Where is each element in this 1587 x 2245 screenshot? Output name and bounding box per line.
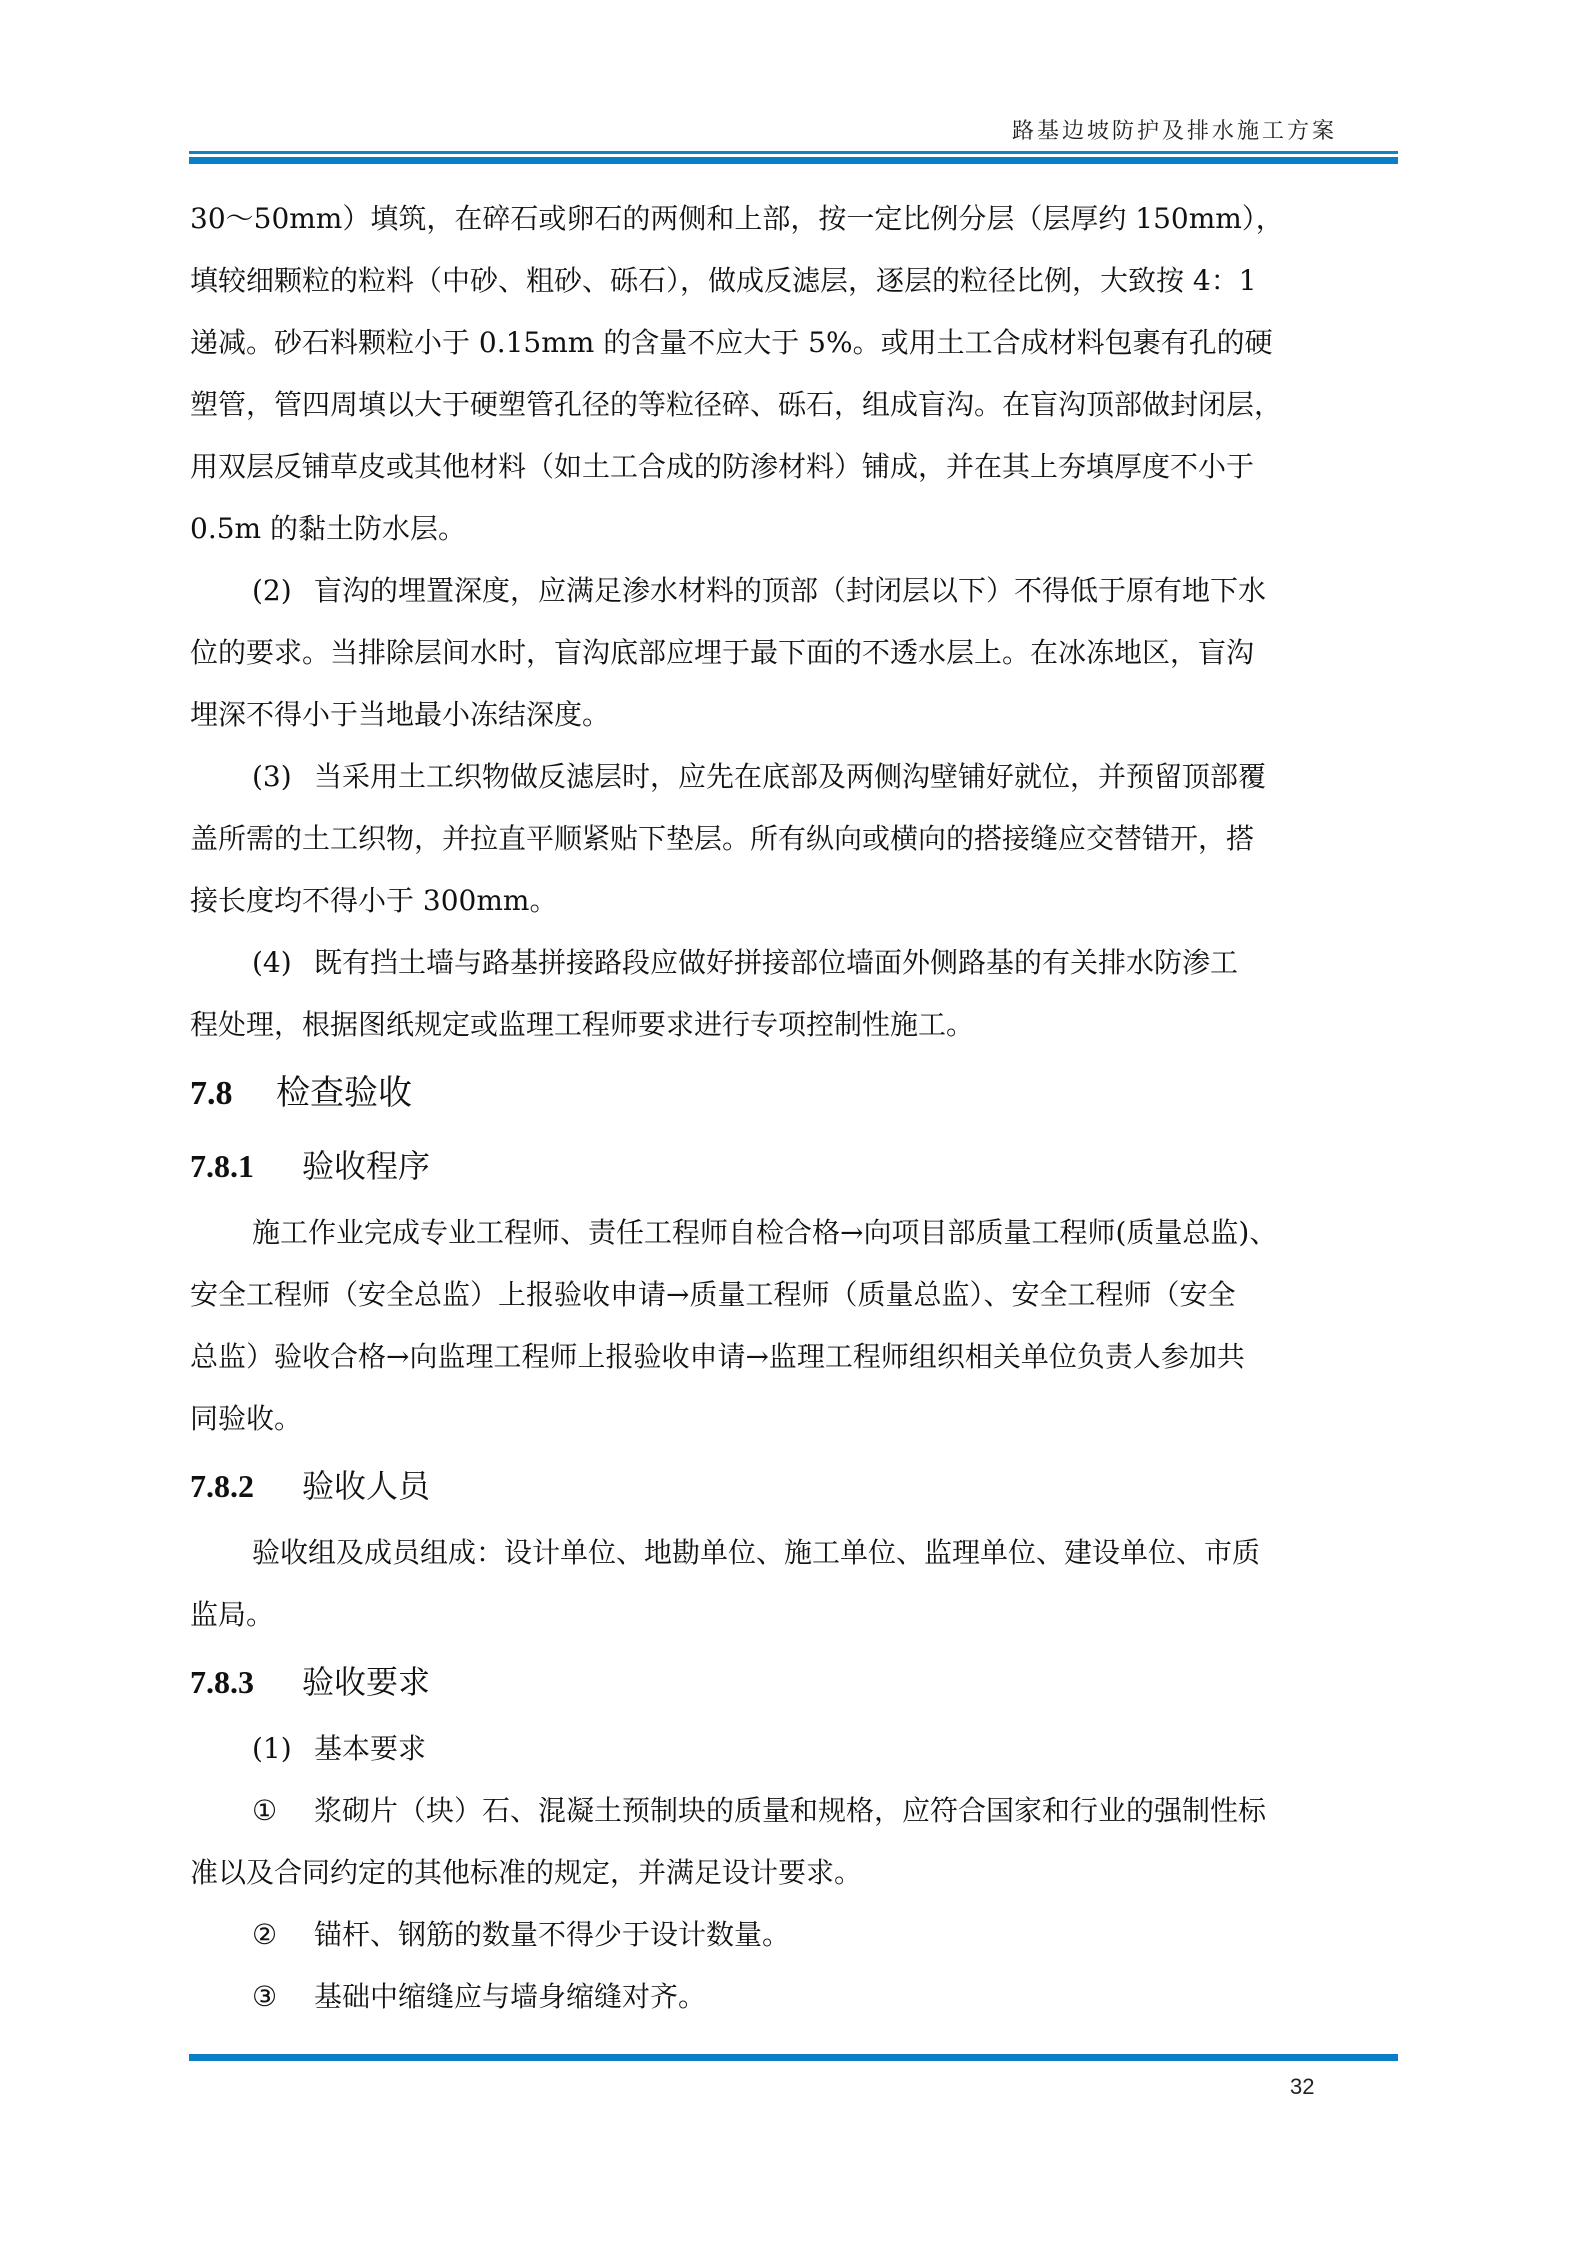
text-line: 位的要求。当排除层间水时，盲沟底部应埋于最下面的不透水层上。在冰冻地区，盲沟 (190, 622, 1398, 684)
section-title: 验收人员 (302, 1467, 430, 1505)
item-marker: (2) (252, 560, 314, 622)
text-line: 锚杆、钢筋的数量不得少于设计数量。 (314, 1918, 790, 1951)
text-line: 监局。 (190, 1584, 1398, 1646)
header-title: 路基边坡防护及排水施工方案 (1012, 114, 1337, 145)
section-number: 7.8.3 (190, 1646, 302, 1718)
text-line: 程处理，根据图纸规定或监理工程师要求进行专项控制性施工。 (190, 994, 1398, 1056)
text-line: 盲沟的埋置深度，应满足渗水材料的顶部（封闭层以下）不得低于原有地下水 (314, 574, 1266, 607)
text-line: 30～50mm）填筑，在碎石或卵石的两侧和上部，按一定比例分层（层厚约 150m… (190, 188, 1398, 250)
paragraph-blind-ditch-fill: 30～50mm）填筑，在碎石或卵石的两侧和上部，按一定比例分层（层厚约 150m… (190, 188, 1398, 560)
item-marker: (4) (252, 932, 314, 994)
text-line: 埋深不得小于当地最小冻结深度。 (190, 684, 1398, 746)
text-line: 安全工程师（安全总监）上报验收申请→质量工程师（质量总监）、安全工程师（安全 (190, 1264, 1398, 1326)
footer-rule (189, 2054, 1398, 2061)
text-line: 用双层反铺草皮或其他材料（如土工合成的防渗材料）铺成，并在其上夯填厚度不小于 (190, 436, 1398, 498)
text-line: 同验收。 (190, 1388, 1398, 1450)
item-marker: ② (252, 1904, 314, 1966)
text-line: 验收组及成员组成：设计单位、地勘单位、施工单位、监理单位、建设单位、市质 (190, 1522, 1398, 1584)
text-line: 准以及合同约定的其他标准的规定，并满足设计要求。 (190, 1842, 1398, 1904)
item-marker: ① (252, 1780, 314, 1842)
list-item-3: (3)当采用土工织物做反滤层时，应先在底部及两侧沟壁铺好就位，并预留顶部覆 盖所… (190, 746, 1398, 932)
paragraph-acceptance-personnel: 验收组及成员组成：设计单位、地勘单位、施工单位、监理单位、建设单位、市质 监局。 (190, 1522, 1398, 1646)
text-line: 基础中缩缝应与墙身缩缝对齐。 (314, 1980, 706, 2013)
page-number: 32 (1290, 2074, 1314, 2100)
section-heading-7-8-2: 7.8.2验收人员 (190, 1450, 1398, 1522)
section-number: 7.8.2 (190, 1450, 302, 1522)
text-line: 接长度均不得小于 300mm。 (190, 870, 1398, 932)
header-rule-thick (189, 157, 1398, 164)
list-item-2: (2)盲沟的埋置深度，应满足渗水材料的顶部（封闭层以下）不得低于原有地下水 位的… (190, 560, 1398, 746)
list-item-4: (4)既有挡土墙与路基拼接路段应做好拼接部位墙面外侧路基的有关排水防渗工 程处理… (190, 932, 1398, 1056)
paragraph-acceptance-procedure: 施工作业完成专业工程师、责任工程师自检合格→向项目部质量工程师(质量总监)、 安… (190, 1202, 1398, 1450)
requirement-1: ①浆砌片（块）石、混凝土预制块的质量和规格，应符合国家和行业的强制性标 准以及合… (190, 1780, 1398, 1904)
text-line: 总监）验收合格→向监理工程师上报验收申请→监理工程师组织相关单位负责人参加共 (190, 1326, 1398, 1388)
text-line: 填较细颗粒的粒料（中砂、粗砂、砾石），做成反滤层，逐层的粒径比例，大致按 4：1 (190, 250, 1398, 312)
document-body: 30～50mm）填筑，在碎石或卵石的两侧和上部，按一定比例分层（层厚约 150m… (190, 188, 1398, 2028)
text-line: 基本要求 (314, 1732, 426, 1765)
subheading-basic-requirements: (1)基本要求 (190, 1718, 1398, 1780)
text-line: 0.5m 的黏土防水层。 (190, 498, 1398, 560)
text-line: 施工作业完成专业工程师、责任工程师自检合格→向项目部质量工程师(质量总监)、 (190, 1202, 1398, 1264)
item-marker: ③ (252, 1966, 314, 2028)
requirement-3: ③基础中缩缝应与墙身缩缝对齐。 (190, 1966, 1398, 2028)
item-marker: (1) (252, 1718, 314, 1780)
requirement-2: ②锚杆、钢筋的数量不得少于设计数量。 (190, 1904, 1398, 1966)
text-line: 既有挡土墙与路基拼接路段应做好拼接部位墙面外侧路基的有关排水防渗工 (314, 946, 1238, 979)
text-line: 塑管，管四周填以大于硬塑管孔径的等粒径碎、砾石，组成盲沟。在盲沟顶部做封闭层， (190, 374, 1398, 436)
section-number: 7.8.1 (190, 1130, 302, 1202)
item-marker: (3) (252, 746, 314, 808)
section-heading-7-8-1: 7.8.1验收程序 (190, 1130, 1398, 1202)
header-rule-thin (189, 151, 1398, 154)
section-title: 验收要求 (302, 1663, 430, 1701)
text-line: 递减。砂石料颗粒小于 0.15mm 的含量不应大于 5%。或用土工合成材料包裹有… (190, 312, 1398, 374)
section-number: 7.8 (190, 1057, 276, 1131)
section-heading-7-8: 7.8检查验收 (190, 1056, 1398, 1130)
section-title: 检查验收 (276, 1073, 412, 1113)
section-heading-7-8-3: 7.8.3验收要求 (190, 1646, 1398, 1718)
text-line: 浆砌片（块）石、混凝土预制块的质量和规格，应符合国家和行业的强制性标 (314, 1794, 1266, 1827)
text-line: 当采用土工织物做反滤层时，应先在底部及两侧沟壁铺好就位，并预留顶部覆 (314, 760, 1266, 793)
text-line: 盖所需的土工织物，并拉直平顺紧贴下垫层。所有纵向或横向的搭接缝应交替错开，搭 (190, 808, 1398, 870)
section-title: 验收程序 (302, 1147, 430, 1185)
